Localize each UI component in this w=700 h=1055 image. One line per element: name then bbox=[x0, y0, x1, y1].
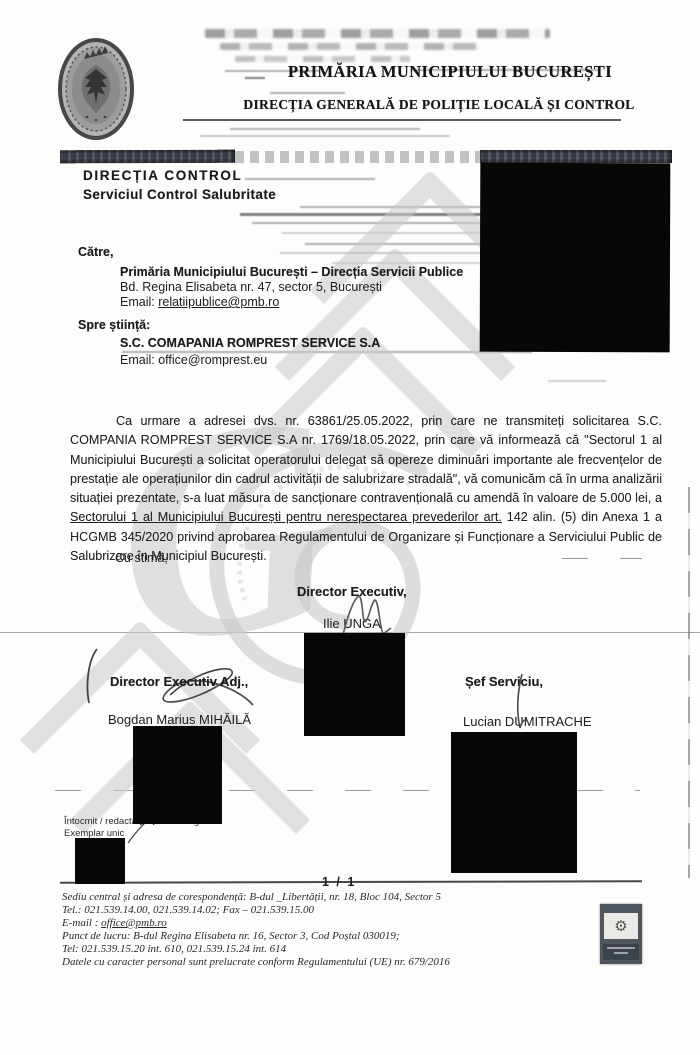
footer-phones-2: Tel: 021.539.15.20 int. 610, 021.539.15.… bbox=[62, 943, 602, 956]
recipient-to-name: Primăria Municipiului București – Direcț… bbox=[120, 265, 463, 279]
redaction-box bbox=[451, 732, 577, 873]
org-title: PRIMĂRIA MUNICIPIULUI BUCUREȘTI bbox=[220, 62, 680, 82]
footer-email-link: office@pmb.ro bbox=[101, 917, 167, 929]
body-text-underlined: Sectorului 1 al Municipiului București p… bbox=[70, 510, 502, 524]
org-subtitle: DIRECȚIA GENERALĂ DE POLIȚIE LOCALĂ ȘI C… bbox=[198, 97, 680, 113]
footer-workpoint: Punct de lucru: B-dul Regina Elisabeta n… bbox=[62, 930, 602, 943]
scanned-letter-page: G PRIMĂRIA MUNICIPIULUI BUCUREȘTI DIRECȚ… bbox=[0, 0, 700, 1055]
recipient-email-link: relatiipublice@pmb.ro bbox=[158, 295, 279, 309]
redaction-box bbox=[75, 838, 125, 884]
footer-email-label: E-mail : bbox=[62, 917, 101, 929]
department-service: Serviciul Control Salubritate bbox=[83, 187, 276, 202]
body-paragraph: Ca urmare a adresei dvs. nr. 63861/25.05… bbox=[70, 412, 662, 566]
department-direction: DIRECȚIA CONTROL bbox=[83, 168, 242, 183]
cc-email-row: Email: office@romprest.eu bbox=[120, 353, 267, 367]
footer: Sediu central și adresa de corespondență… bbox=[62, 891, 602, 969]
email-label: Email: bbox=[120, 295, 158, 309]
footer-address: Sediu central și adresa de corespondență… bbox=[62, 891, 602, 904]
deputy-name: Bogdan Marius MIHĂILĂ bbox=[108, 712, 251, 727]
footer-email-row: E-mail : office@pmb.ro bbox=[62, 917, 602, 930]
body-text-1: Ca urmare a adresei dvs. nr. 63861/25.05… bbox=[70, 414, 662, 505]
deputy-title: Director Executiv Adj., bbox=[110, 674, 248, 689]
redaction-box bbox=[480, 163, 671, 353]
registry-stamp: ⚙ bbox=[600, 904, 642, 964]
stamp-band bbox=[603, 944, 639, 960]
subtitle-underline bbox=[183, 119, 621, 121]
coat-of-arms-seal bbox=[57, 37, 135, 141]
chief-signature-squiggle bbox=[500, 672, 540, 732]
cc-name: S.C. COMAPANIA ROMPREST SERVICE S.A bbox=[120, 336, 380, 350]
cc-label: Spre știință: bbox=[78, 318, 150, 332]
recipient-to-label: Către, bbox=[78, 245, 113, 259]
footer-gdpr: Datele cu caracter personal sunt prelucr… bbox=[62, 956, 602, 969]
page-number: 1 / 1 bbox=[322, 875, 356, 889]
scan-edge-line bbox=[688, 487, 690, 878]
redaction-box bbox=[304, 633, 405, 736]
scan-dash bbox=[245, 77, 265, 79]
recipient-to-address: Bd. Regina Elisabeta nr. 47, sector 5, B… bbox=[120, 280, 382, 294]
letter-body: Ca urmare a adresei dvs. nr. 63861/25.05… bbox=[70, 412, 662, 566]
header: PRIMĂRIA MUNICIPIULUI BUCUREȘTI DIRECȚIA… bbox=[180, 62, 680, 113]
cc-email-value: office@romprest.eu bbox=[158, 353, 267, 367]
stamp-emblem-icon: ⚙ bbox=[604, 913, 638, 939]
recipient-to-email-row: Email: relatiipublice@pmb.ro bbox=[120, 295, 279, 309]
closing-formula: Cu stimă, bbox=[115, 551, 168, 565]
email-label: Email: bbox=[120, 353, 158, 367]
footer-phones: Tel.: 021.539.14.00, 021.539.14.02; Fax … bbox=[62, 904, 602, 917]
redaction-box bbox=[133, 726, 222, 824]
